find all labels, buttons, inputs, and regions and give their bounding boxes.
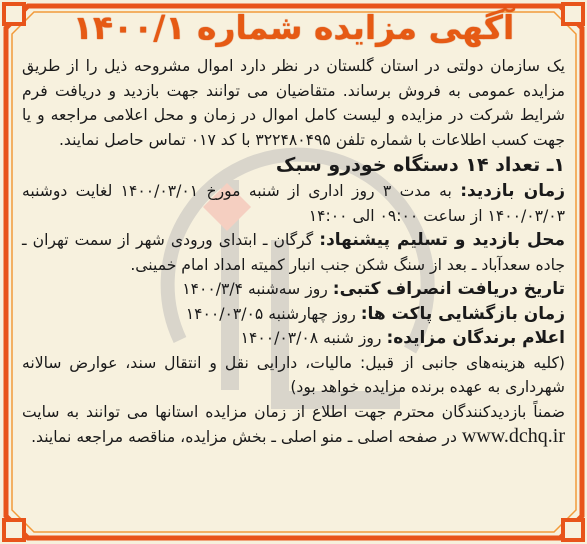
visit-location-label: محل بازدید و تسلیم پیشنهاد: [319,230,565,250]
costs-note: (کلیه هزینه‌های جانبی از قبیل: مالیات، د… [22,351,565,400]
footer-text-2: در صفحه اصلی ـ منو اصلی ـ بخش مزایده، من… [31,428,457,446]
footer-text-1: ضمناً بازدیدکنندگان محترم جهت اطلاع از ز… [22,403,565,421]
visit-time-label: زمان بازدید: [460,181,565,201]
ad-content: آگهی مزایده شماره ۱۴۰۰/۱ یک سازمان دولتی… [22,6,565,450]
envelope-opening-label: زمان بازگشایی پاکت ها: [361,304,565,324]
visit-time: زمان بازدید: به مدت ۳ روز اداری از شنبه … [22,179,565,228]
withdrawal-date: تاریخ دریافت انصراف کتبی: روز سه‌شنبه ۱۴… [22,277,565,302]
ad-title: آگهی مزایده شماره ۱۴۰۰/۱ [22,6,565,50]
website-link[interactable]: www.dchq.ir [462,425,565,447]
item-heading: ۱ـ تعداد ۱۴ دستگاه خودرو سبک [22,152,565,179]
envelope-opening: زمان بازگشایی پاکت ها: روز چهارشنبه ۱۴۰۰… [22,302,565,327]
withdrawal-date-label: تاریخ دریافت انصراف کتبی: [333,279,565,299]
winners-announcement-value: روز شنبه ۱۴۰۰/۰۳/۰۸ [241,329,382,347]
footer-paragraph: ضمناً بازدیدکنندگان محترم جهت اطلاع از ز… [22,400,565,450]
withdrawal-date-value: روز سه‌شنبه ۱۴۰۰/۳/۴ [182,280,328,298]
winners-announcement: اعلام برندگان مزایده: روز شنبه ۱۴۰۰/۰۳/۰… [22,326,565,351]
intro-paragraph: یک سازمان دولتی در استان گلستان در نظر د… [22,54,565,152]
visit-location: محل بازدید و تسلیم پیشنهاد: گرگان ـ ابتد… [22,228,565,277]
winners-announcement-label: اعلام برندگان مزایده: [386,328,565,348]
envelope-opening-value: روز چهارشنبه ۱۴۰۰/۰۳/۰۵ [186,305,356,323]
